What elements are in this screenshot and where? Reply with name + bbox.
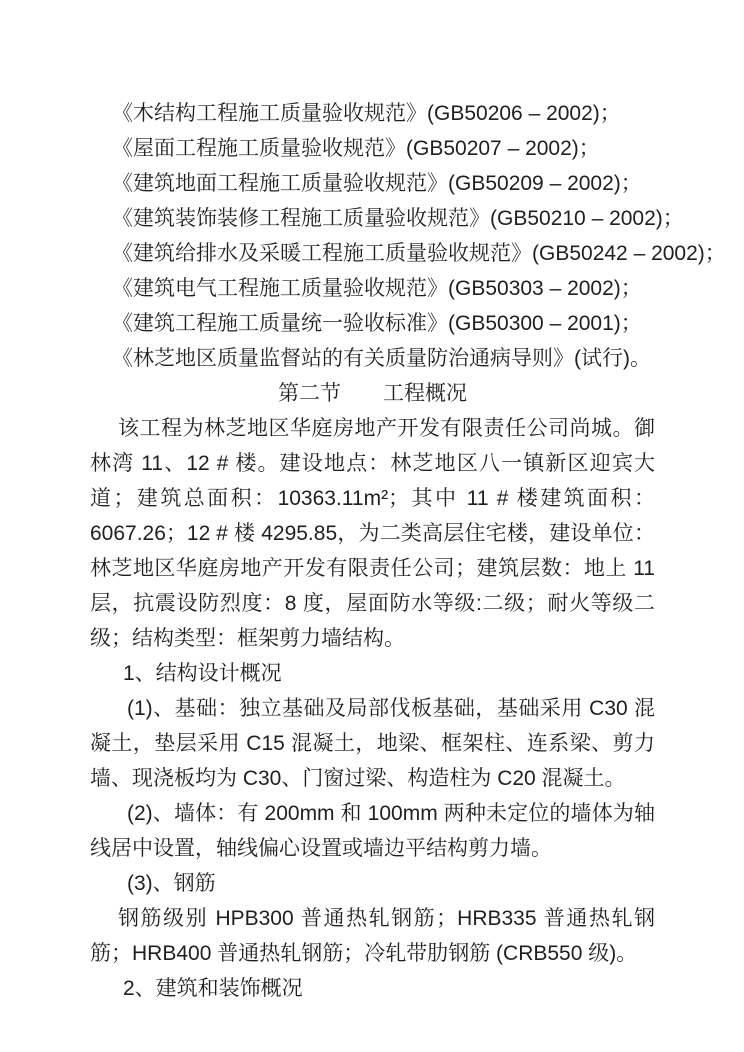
regulation-item-4: 《建筑装饰装修工程施工质量验收规范》(GB50210 – 2002)；	[90, 201, 655, 236]
regulation-item-8: 《林芝地区质量监督站的有关质量防治通病导则》(试行)。	[90, 341, 655, 376]
document-page: 《木结构工程施工质量验收规范》(GB50206 – 2002)； 《屋面工程施工…	[0, 0, 744, 1052]
rebar-item: (3)、钢筋	[90, 866, 655, 901]
section-heading: 第二节工程概况	[90, 376, 655, 411]
regulation-item-1: 《木结构工程施工质量验收规范》(GB50206 – 2002)；	[90, 96, 655, 131]
regulation-item-7: 《建筑工程施工质量统一验收标准》(GB50300 – 2001)；	[90, 306, 655, 341]
section-title: 工程概况	[383, 382, 467, 405]
regulation-item-2: 《屋面工程施工质量验收规范》(GB50207 – 2002)；	[90, 131, 655, 166]
document-content: 《木结构工程施工质量验收规范》(GB50206 – 2002)； 《屋面工程施工…	[0, 0, 744, 1006]
structure-design-heading: 1、结构设计概况	[90, 656, 655, 691]
regulation-item-6: 《建筑电气工程施工质量验收规范》(GB50303 – 2002)；	[90, 271, 655, 306]
regulation-item-5: 《建筑给排水及采暖工程施工质量验收规范》(GB50242 – 2002)；	[90, 236, 655, 271]
wall-item: (2)、墙体：有 200mm 和 100mm 两种未定位的墙体为轴线居中设置，轴…	[90, 796, 655, 866]
rebar-grades-paragraph: 钢筋级别 HPB300 普通热轧钢筋；HRB335 普通热轧钢筋；HRB400 …	[90, 901, 655, 971]
project-overview-paragraph: 该工程为林芝地区华庭房地产开发有限责任公司尚城。御林湾 11、12 # 楼。建设…	[90, 411, 655, 656]
regulation-item-3: 《建筑地面工程施工质量验收规范》(GB50209 – 2002)；	[90, 166, 655, 201]
foundation-item: (1)、基础：独立基础及局部伐板基础，基础采用 C30 混凝土，垫层采用 C15…	[90, 691, 655, 796]
section-number: 第二节	[278, 382, 341, 405]
decoration-overview-heading: 2、建筑和装饰概况	[90, 971, 655, 1006]
